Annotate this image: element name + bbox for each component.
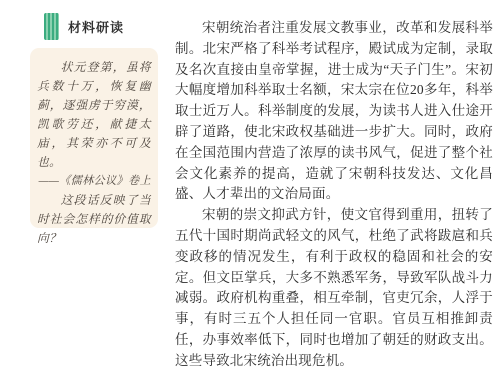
material-quote-box: 状元登第，虽将兵数十万，恢复幽蓟，逐强虏于穷漠，凯歌劳还，献捷太庙，其荣亦不可及… [30,48,158,228]
study-question: 这段话反映了当时社会怎样的价值取向？ [37,191,151,248]
textbook-page: 材料研读 状元登第，虽将兵数十万，恢复幽蓟，逐强虏于穷漠，凯歌劳还，献捷太庙，其… [0,0,500,379]
classical-quote: 状元登第，虽将兵数十万，恢复幽蓟，逐强虏于穷漠，凯歌劳还，献捷太庙，其荣亦不可及… [37,58,151,172]
material-study-header: 材料研读 [44,13,124,40]
bamboo-slips-icon [44,13,59,40]
material-study-title: 材料研读 [68,17,124,36]
paragraph: 宋朝统治者注重发展文教事业，改革和发展科举制。北宋严格了科举考试程序，殿试成为定… [175,18,493,205]
paragraph: 宋朝的崇文抑武方针，使文官得到重用，扭转了五代十国时期尚武轻文的风气，杜绝了武将… [175,205,493,371]
main-text: 宋朝统治者注重发展文教事业，改革和发展科举制。北宋严格了科举考试程序，殿试成为定… [175,18,493,372]
quote-attribution: ——《儒林公议》卷上 [37,172,151,191]
